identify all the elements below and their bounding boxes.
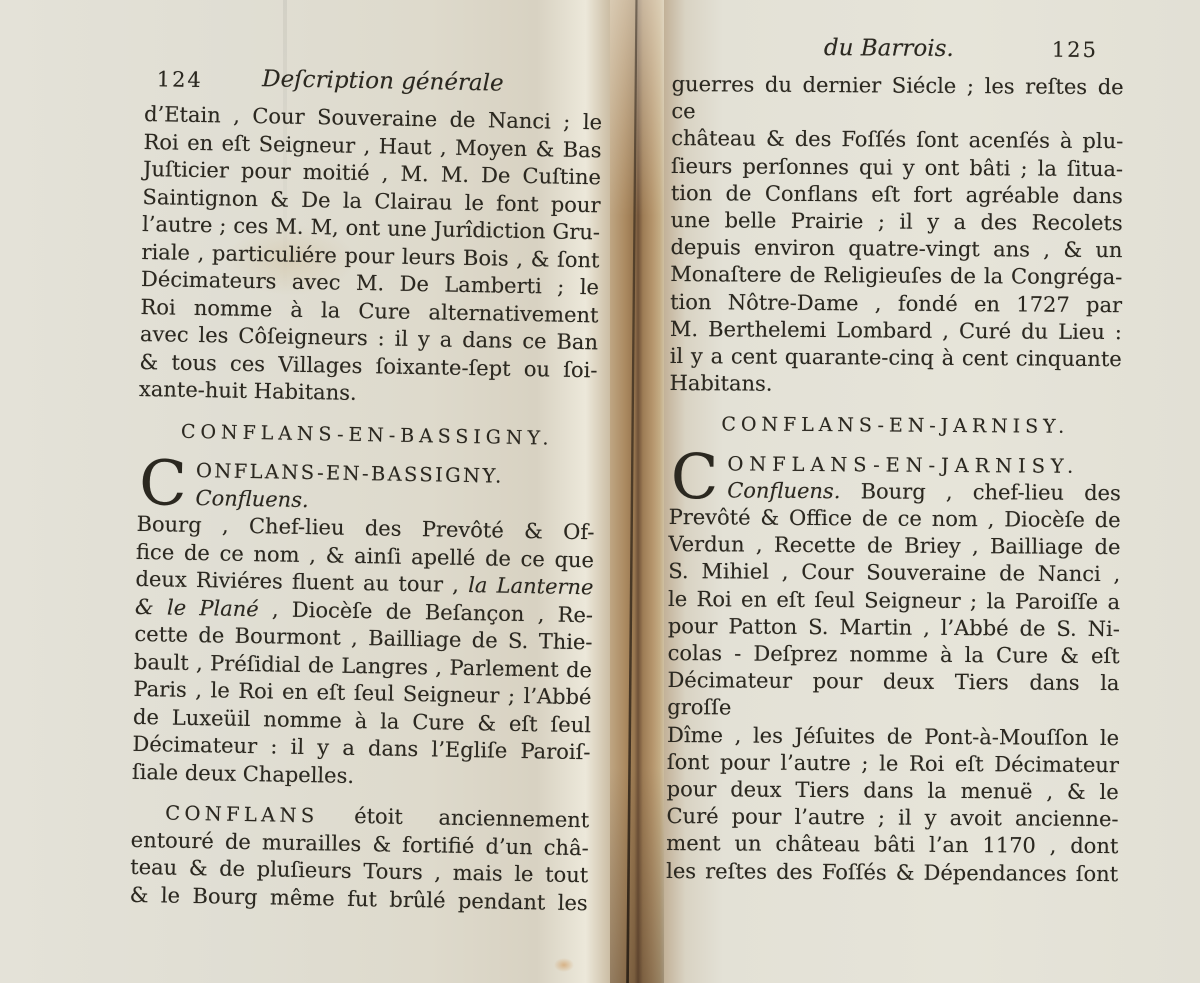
running-title: du Barrois. [824, 35, 954, 63]
open-book-photo: 124 Deſcription générale d’Etain , Cour … [0, 0, 1200, 983]
text-line: pour Patton S. Martin , l’Abbé de S. Ni- [668, 613, 1120, 643]
text-line: pour deux Tiers dans la menuë , & le [667, 776, 1119, 806]
text-line: Dîme , les Jéſuites de Pont-à-Mouſſon le [667, 722, 1119, 752]
caps-segment: CONFLANS [165, 801, 319, 827]
text-line: Verdun , Recette de Briey , Bailliage de [668, 531, 1120, 561]
text-segment: deux Riviéres fluent au tour , [135, 567, 468, 597]
italic-segment: la Lanterne [468, 573, 594, 599]
book-gutter [610, 0, 664, 983]
drop-cap: C [137, 456, 196, 511]
text-line: Décimateur pour deux Tiers dans la groſſ… [667, 667, 1119, 725]
text-line: ſont pour l’autre ; le Roi eſt Décimateu… [667, 749, 1119, 779]
caps-segment: ONFLANS-EN-BASSIGNY. [196, 459, 504, 488]
paragraph: CONFLANS étoit anciennement entouré de m… [130, 799, 590, 917]
page-number: 125 [1052, 37, 1098, 65]
text-line: depuis environ quatre-vingt ans , & un [670, 234, 1122, 264]
text-line: tion Nôtre-Dame , fondé en 1727 par [670, 289, 1122, 319]
text-segment: Bourg , chef-lieu des [840, 479, 1121, 505]
right-page-header: du Barrois. 125 [672, 34, 1124, 67]
text-segment: étoit anciennement [318, 803, 589, 832]
entry-paragraph: C ONFLANS-EN-JARNISY. Confluens. Bourg ,… [666, 450, 1121, 888]
italic-segment: Confluens. [727, 478, 840, 503]
text-line: Monaſtere de Religieuſes de la Congréga- [670, 261, 1122, 291]
text-line: le Roi en eſt ſeul Seigneur ; la Paroiſſ… [668, 586, 1120, 616]
section-heading: CONFLANS-EN-JARNISY. [669, 411, 1121, 441]
text-line: tion de Conflans eſt fort agréable dans [671, 180, 1123, 210]
italic-segment: & le Plané [135, 594, 259, 620]
section-heading: CONFLANS-EN-BASSIGNY. [138, 417, 596, 453]
text-line: Prevôté & Office de ce nom , Diocèſe de [669, 504, 1121, 534]
italic-segment: Confluens. [195, 486, 309, 512]
page-number: 124 [156, 66, 203, 94]
text-line: les reſtes des Foſſés & Dépendances ſont [666, 858, 1118, 888]
text-line: ſieurs perſonnes qui y ont bâti ; la ſit… [671, 153, 1123, 183]
right-page-text: du Barrois. 125 guerres du dernier Siécl… [666, 34, 1124, 888]
text-line: guerres du dernier Siécle ; les reſtes d… [671, 71, 1123, 129]
drop-cap: C [669, 450, 728, 504]
text-line: Curé pour l’autre ; il y avoit ancienne- [666, 803, 1118, 833]
text-line: Confluens. Bourg , chef-lieu des [669, 477, 1121, 507]
left-page-text: 124 Deſcription générale d’Etain , Cour … [130, 64, 603, 917]
text-line: ment un château bâti l’an 1170 , dont [666, 830, 1118, 860]
text-segment: , Diocèſe de Beſançon , Re- [259, 597, 594, 627]
running-title: Deſcription générale [262, 66, 504, 98]
entry-lines: cette de Bourmont , Bailliage de S. Thie… [132, 621, 592, 767]
text-line: M. Berthelemi Lombard , Curé du Lieu : [670, 316, 1122, 346]
text-line: colas - Deſprez nomme à la Cure & eſt [668, 640, 1120, 670]
entry-paragraph: C ONFLANS-EN-BASSIGNY. Confluens. Bourg … [132, 456, 596, 794]
text-line: Habitans. [669, 370, 1121, 400]
text-line: une belle Prairie ; il y a des Recolets [671, 207, 1123, 237]
paper-stain [554, 958, 574, 972]
text-line: ONFLANS-EN-JARNISY. [669, 450, 1121, 480]
entry-lines: Prevôté & Office de ce nom , Diocèſe deV… [666, 504, 1121, 888]
caps-segment: ONFLANS-EN-JARNISY. [727, 452, 1079, 477]
text-line: ONFLANS-EN-BASSIGNY. Confluens. [137, 456, 596, 519]
text-line: château & des Foſſés ſont acenſés à plu- [671, 125, 1123, 155]
intro-paragraph: d’Etain , Cour Souveraine de Nanci ; leR… [139, 101, 602, 384]
continuation-paragraph: guerres du dernier Siécle ; les reſtes d… [670, 71, 1124, 373]
text-line: S. Mihiel , Cour Souveraine de Nanci , [668, 558, 1120, 588]
paragraph-lines: entouré de murailles & fortifié d’un châ… [130, 826, 589, 917]
text-line: il y a cent quarante-cinq à cent cinquan… [670, 343, 1122, 373]
